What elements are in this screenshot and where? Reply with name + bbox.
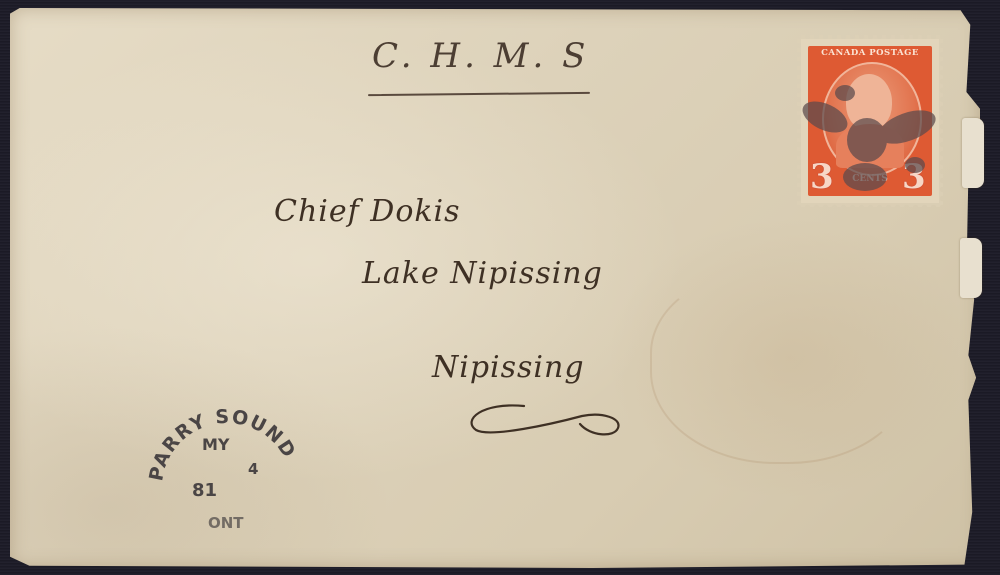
- address-flourish: [462, 398, 627, 448]
- stamp-denomination-left: 3: [810, 160, 834, 194]
- postmark-bottom: ONT: [208, 514, 244, 532]
- stamp-country-label: CANADA POSTAGE: [810, 48, 930, 58]
- postmark-day: 4: [248, 460, 258, 478]
- address-line-addressee: Chief Dokis: [274, 194, 461, 229]
- torn-edge: [962, 118, 984, 188]
- queen-portrait-head: [846, 74, 892, 130]
- stamp-denomination-right: 3: [902, 160, 926, 194]
- queen-portrait-bust: [836, 124, 904, 168]
- header-annotation: C. H. M. S: [372, 36, 589, 76]
- postmark-month: MY: [202, 435, 230, 454]
- address-line-district: Nipissing: [432, 350, 585, 385]
- torn-edge: [960, 238, 982, 298]
- stamp-denomination-word: CENTS: [840, 174, 900, 184]
- postmark-cds: PARRY SOUND MY 4 81 ONT: [140, 378, 310, 538]
- address-line-place: Lake Nipissing: [362, 256, 603, 291]
- postmark-year: 81: [192, 480, 217, 501]
